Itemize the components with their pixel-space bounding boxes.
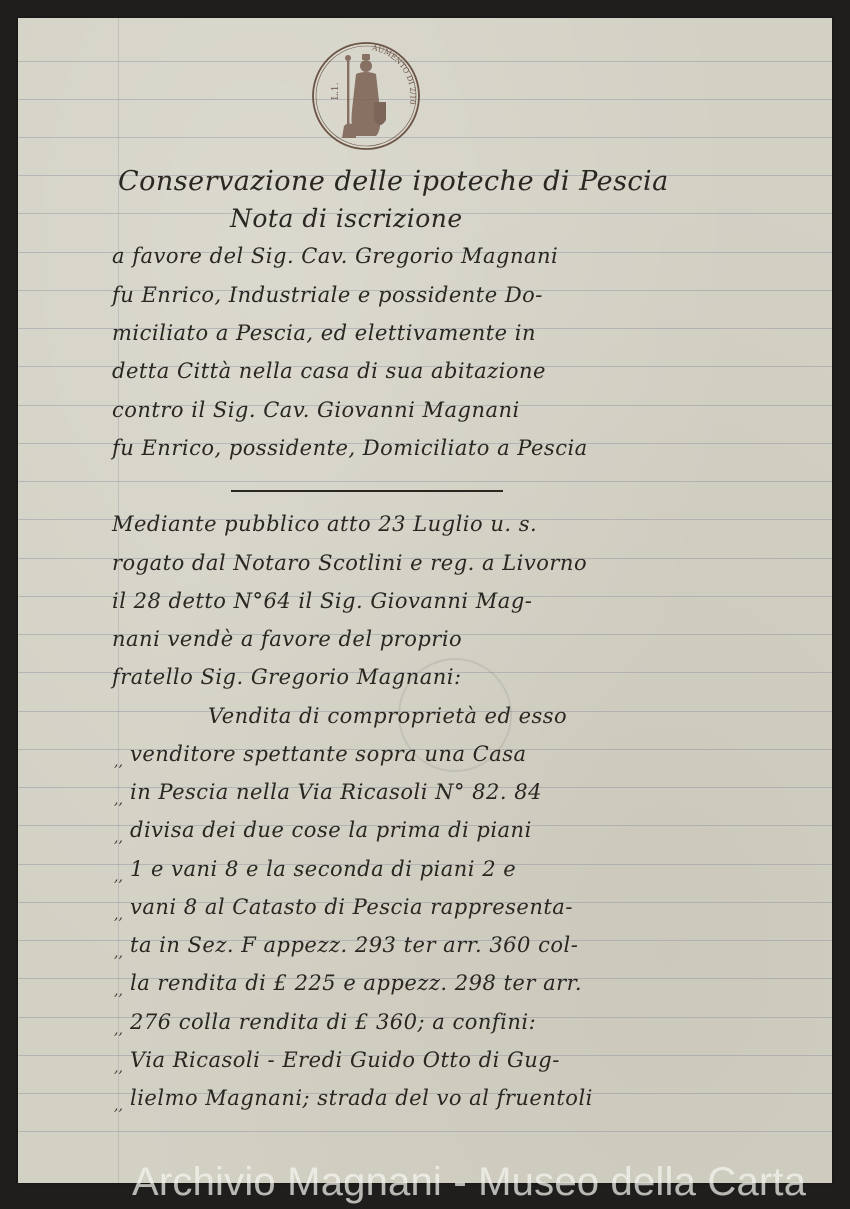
section-divider [231, 490, 503, 492]
ditto-mark: ,, [114, 1060, 123, 1076]
body-line: 1 e vani 8 e la seconda di piani 2 e [130, 857, 516, 881]
ruled-line [18, 99, 832, 100]
body-line: la rendita di £ 225 e appezz. 298 ter ar… [130, 971, 582, 995]
ditto-mark: ,, [114, 945, 123, 961]
note-title: Nota di iscrizione [230, 204, 463, 233]
ditto-mark: ,, [114, 907, 123, 923]
svg-text:L.1.: L.1. [331, 82, 341, 100]
party-line: fu Enrico, possidente, Domiciliato a Pes… [112, 436, 588, 460]
ruled-line [18, 137, 832, 138]
body-line: Mediante pubblico atto 23 Luglio u. s. [112, 512, 537, 536]
office-title: Conservazione delle ipoteche di Pescia [118, 166, 669, 197]
ruled-line [18, 61, 832, 62]
body-line: nani vendè a favore del proprio [112, 627, 462, 651]
ditto-mark: ,, [114, 869, 123, 885]
ditto-mark: ,, [114, 983, 123, 999]
party-line: a favore del Sig. Cav. Gregorio Magnani [112, 244, 558, 268]
ditto-mark: ,, [114, 792, 123, 808]
body-line: il 28 detto N°64 il Sig. Giovanni Mag- [112, 589, 532, 613]
party-line: contro il Sig. Cav. Giovanni Magnani [112, 398, 520, 422]
body-line: vani 8 al Catasto di Pescia rappresenta- [130, 895, 573, 919]
body-line: ta in Sez. F appezz. 293 ter arr. 360 co… [130, 933, 578, 957]
party-line: fu Enrico, Industriale e possidente Do- [112, 283, 543, 307]
party-line: miciliato a Pescia, ed elettivamente in [112, 321, 536, 345]
body-line: 276 colla rendita di £ 360; a confini: [130, 1010, 536, 1034]
body-line: Via Ricasoli - Eredi Guido Otto di Gug- [130, 1048, 560, 1072]
ruled-line [18, 1131, 832, 1132]
body-line: lielmo Magnani; strada del vo al fruento… [130, 1086, 593, 1110]
ruled-line [18, 481, 832, 482]
party-line: detta Città nella casa di sua abitazione [112, 359, 546, 383]
body-line: rogato dal Notaro Scotlini e reg. a Livo… [112, 551, 587, 575]
ditto-mark: ,, [114, 1022, 123, 1038]
ditto-mark: ,, [114, 754, 123, 770]
body-line: fratello Sig. Gregorio Magnani: [112, 665, 462, 689]
ditto-mark: ,, [114, 1098, 123, 1114]
body-line: Vendita di comproprietà ed esso [208, 704, 567, 728]
document-page: L.1. AUMENTO DI 2/10 Conservazione delle… [18, 18, 832, 1183]
archive-watermark: Archivio Magnani - Museo della Carta [132, 1160, 806, 1205]
body-line: in Pescia nella Via Ricasoli N° 82. 84 [130, 780, 542, 804]
body-line: venditore spettante sopra una Casa [130, 742, 527, 766]
body-line: divisa dei due cose la prima di piani [130, 818, 532, 842]
ditto-mark: ,, [114, 830, 123, 846]
revenue-stamp-seal-icon: L.1. AUMENTO DI 2/10 [310, 40, 422, 152]
